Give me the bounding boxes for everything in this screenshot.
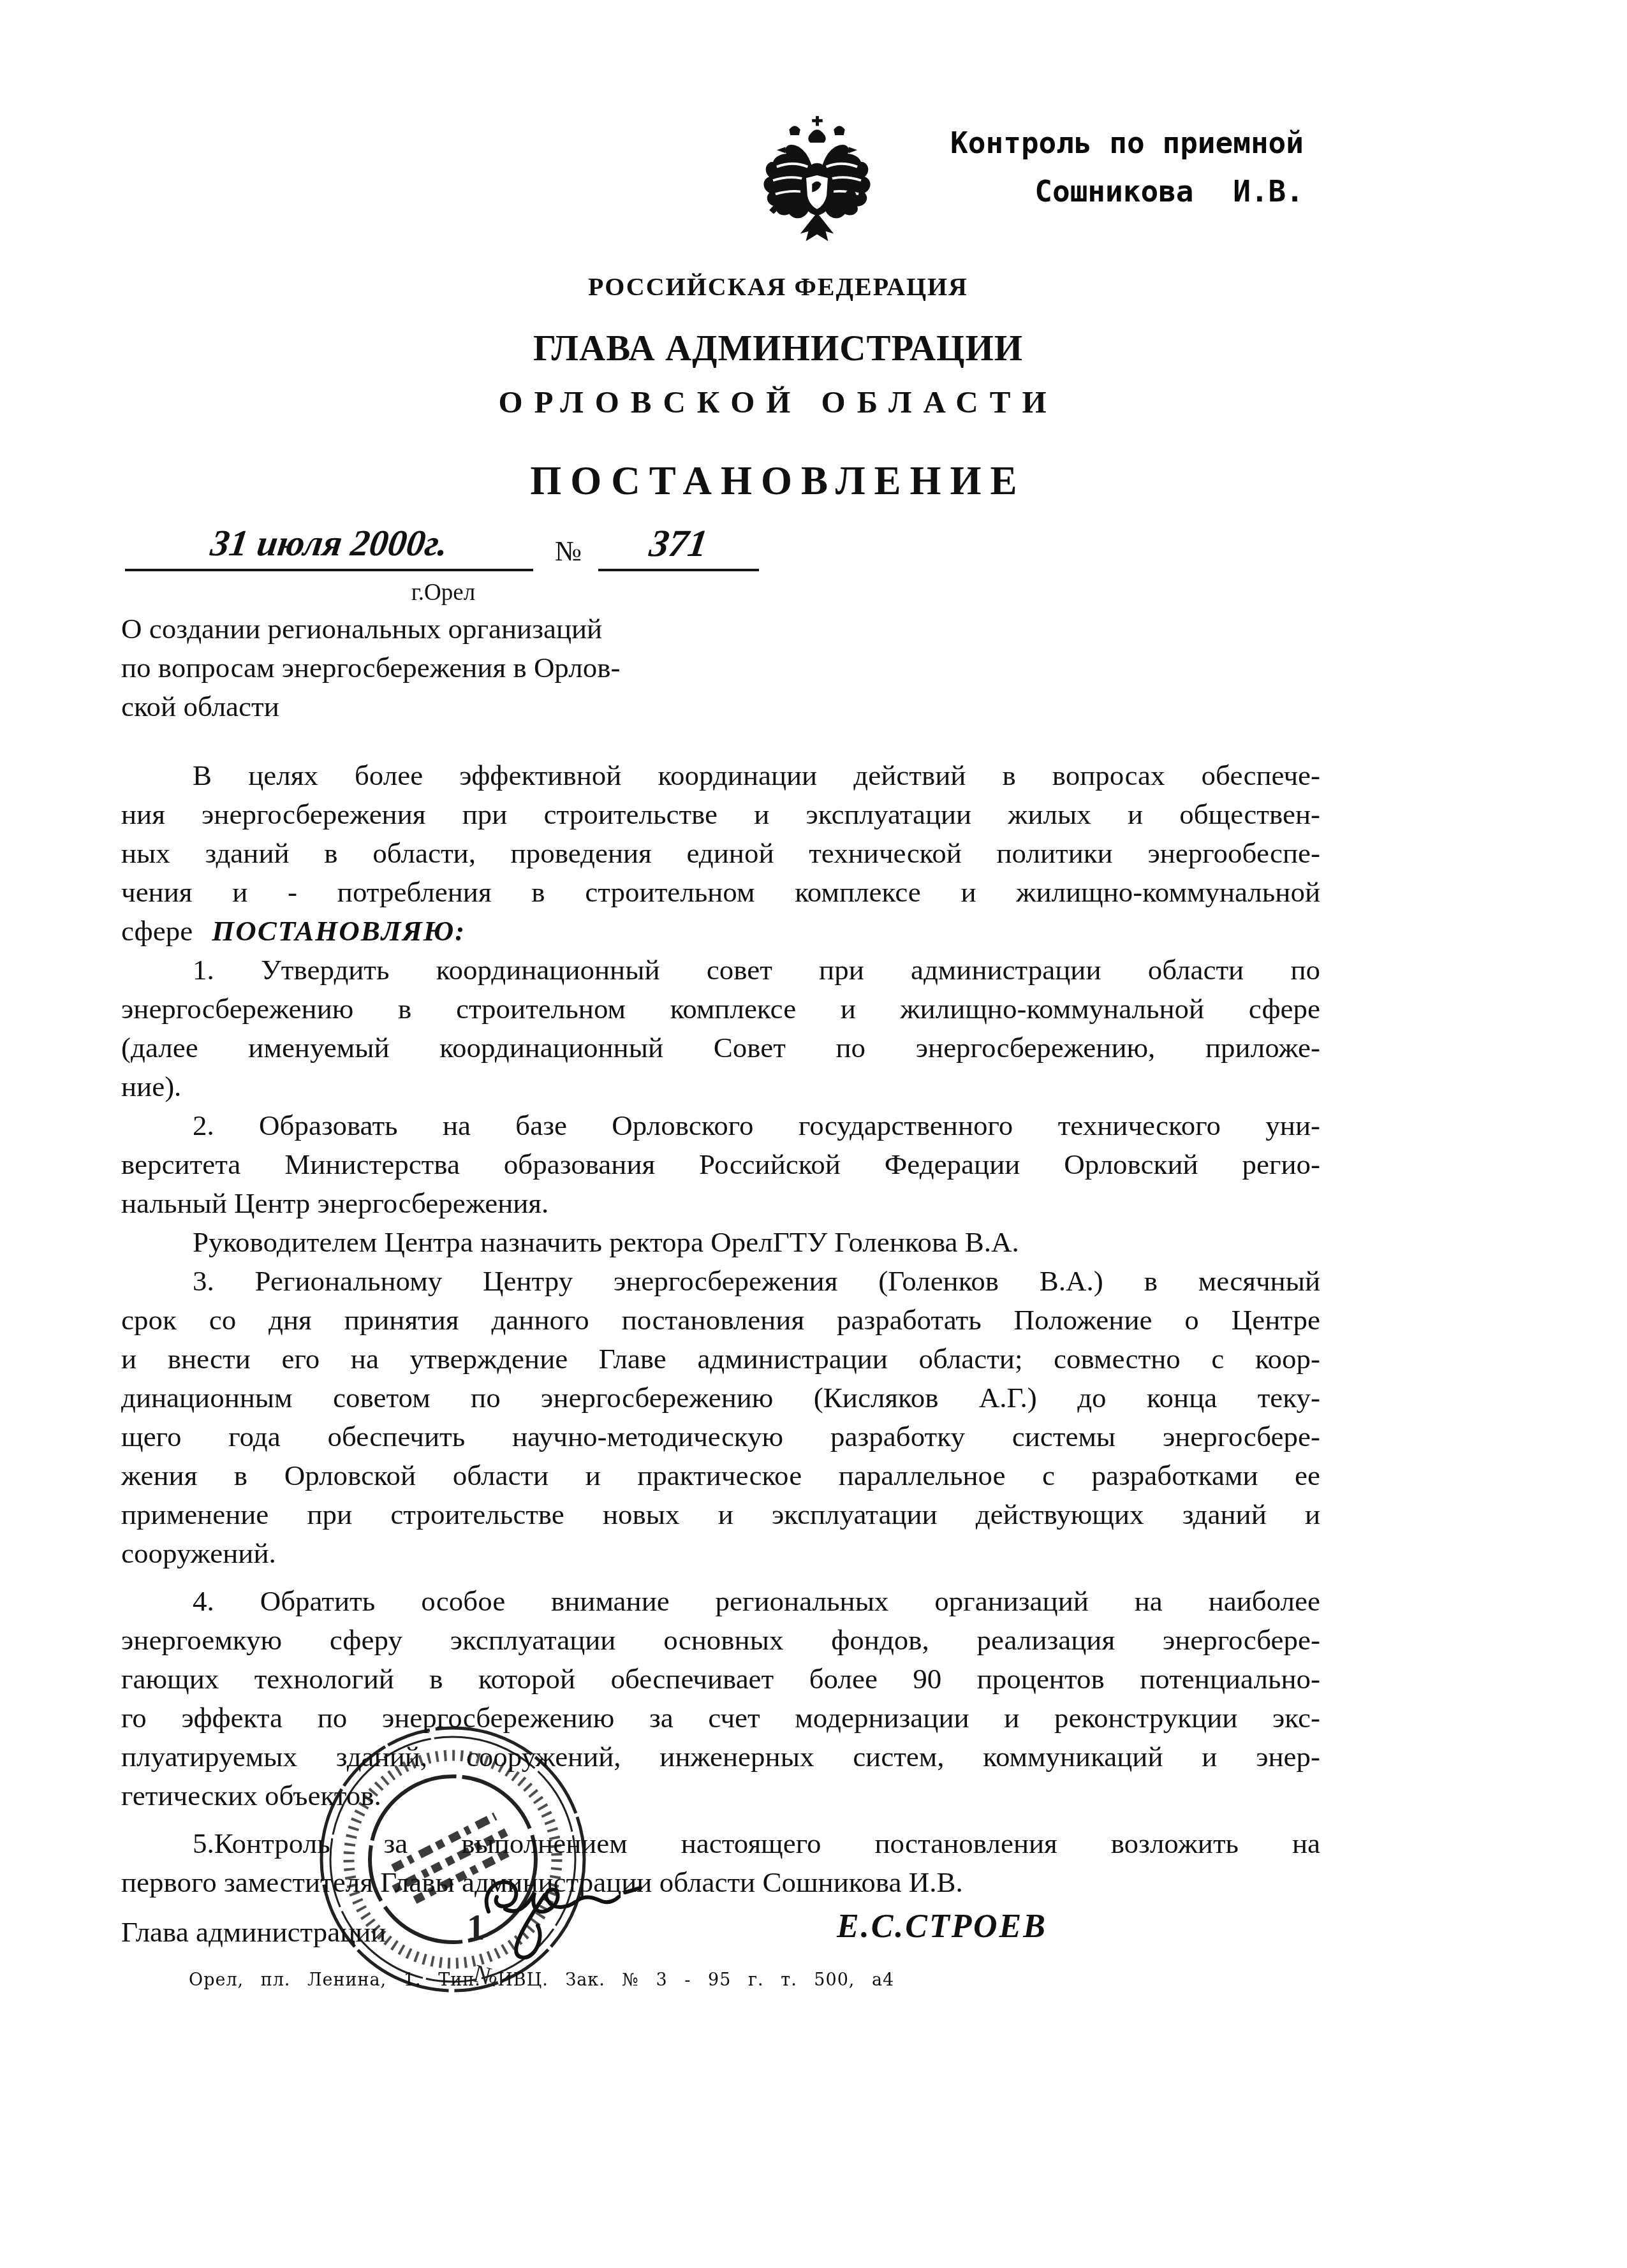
text-line: ние). bbox=[121, 1067, 1320, 1106]
scanned-decree-page: Контроль по приемной Сошникова И.В. bbox=[0, 0, 1627, 2268]
text-line: верситета Министерства образования Росси… bbox=[121, 1145, 1320, 1184]
text-line: сооружений. bbox=[121, 1534, 1320, 1573]
paragraph-item-2b: Руководителем Центра назначить ректора О… bbox=[121, 1223, 1320, 1262]
text-line: энергоемкую сферу эксплуатации основных … bbox=[121, 1621, 1320, 1660]
text-line: плуатируемых зданий, сооружений, инженер… bbox=[121, 1738, 1320, 1776]
control-note: Контроль по приемной Сошникова И.В. bbox=[857, 119, 1304, 216]
paragraph-item-3: 3. Региональному Центру энергосбережения… bbox=[121, 1262, 1320, 1573]
text-line: ния энергосбережения при строительстве и… bbox=[121, 795, 1320, 834]
text-line: чения и - потребления в строительном ком… bbox=[121, 873, 1320, 912]
text-line: щего года обеспечить научно-методическую… bbox=[121, 1417, 1320, 1456]
text-line: 1. Утвердить координационный совет при а… bbox=[121, 951, 1320, 990]
resolution-word: ПОСТАНОВЛЯЮ: bbox=[212, 915, 466, 947]
text-line: го эффекта по энергосбережению за счет м… bbox=[121, 1699, 1320, 1738]
document-type-title: ПОСТАНОВЛЕНИЕ bbox=[121, 458, 1435, 504]
subject-line: ской области bbox=[121, 687, 733, 726]
text-line: и внести его на утверждение Главе админи… bbox=[121, 1340, 1320, 1379]
text-line: ных зданий в области, проведения единой … bbox=[121, 834, 1320, 873]
paragraph-item-1: 1. Утвердить координационный совет при а… bbox=[121, 951, 1320, 1106]
control-note-line2: Сошникова И.В. bbox=[857, 167, 1304, 216]
subject-block: О создании региональных организаций по в… bbox=[121, 610, 733, 726]
handwritten-number: 371 bbox=[647, 520, 710, 566]
text-line: жения в Орловской области и практическое… bbox=[121, 1456, 1320, 1495]
handwritten-date: 31 июля 2000г. bbox=[207, 520, 450, 566]
letterhead-region: ОРЛОВСКОЙ ОБЛАСТИ bbox=[121, 384, 1435, 420]
city-line: г.Орел bbox=[121, 579, 765, 606]
subject-line: по вопросам энергосбережения в Орлов- bbox=[121, 648, 733, 687]
letterhead-authority: ГЛАВА АДМИНИСТРАЦИИ bbox=[121, 328, 1435, 369]
text-line: Руководителем Центра назначить ректора О… bbox=[121, 1223, 1320, 1262]
date-underline: 31 июля 2000г. bbox=[125, 520, 533, 571]
text-line: 2. Образовать на базе Орловского государ… bbox=[121, 1106, 1320, 1145]
signature-name: Е.С.СТРОЕВ bbox=[837, 1908, 1047, 1945]
text-line: применение при строительстве новых и экс… bbox=[121, 1495, 1320, 1534]
text-line: 4. Обратить особое внимание региональных… bbox=[121, 1582, 1320, 1621]
text-line: (далее именуемый координационный Совет п… bbox=[121, 1028, 1320, 1067]
intro-last-prefix: сфере bbox=[121, 915, 193, 947]
subject-line: О создании региональных организаций bbox=[121, 610, 733, 648]
imprint-line: Орел, пл. Ленина, 1. Тип. ИВЦ. Зак. № 3 … bbox=[189, 1970, 894, 1990]
text-line: срок со дня принятия данного постановлен… bbox=[121, 1301, 1320, 1340]
text-line: 3. Региональному Центру энергосбережения… bbox=[121, 1262, 1320, 1301]
paragraph-intro: В целях более эффективной координации де… bbox=[121, 756, 1320, 951]
document-body: В целях более эффективной координации де… bbox=[121, 756, 1320, 1902]
date-number-line: 31 июля 2000г.№371 bbox=[125, 520, 759, 571]
paragraph-item-2: 2. Образовать на базе Орловского государ… bbox=[121, 1106, 1320, 1223]
text-line: гетических объектов. bbox=[121, 1776, 1320, 1815]
numero-label: № bbox=[555, 535, 582, 567]
text-line: первого заместителя Главы администрации … bbox=[121, 1863, 1320, 1902]
text-line: нальный Центр энергосбережения. bbox=[121, 1184, 1320, 1223]
text-line: сфереПОСТАНОВЛЯЮ: bbox=[121, 912, 1320, 951]
paragraph-item-4: 4. Обратить особое внимание региональных… bbox=[121, 1582, 1320, 1815]
signature-role: Глава администрации bbox=[121, 1915, 386, 1949]
text-line: 5.Контроль за выполнением настоящего пос… bbox=[121, 1824, 1320, 1863]
text-line: В целях более эффективной координации де… bbox=[121, 756, 1320, 795]
control-note-line1: Контроль по приемной bbox=[857, 119, 1304, 167]
text-line: энергосбережению в строительном комплекс… bbox=[121, 990, 1320, 1028]
number-underline: 371 bbox=[598, 520, 759, 571]
text-line: гающих технологий в которой обеспечивает… bbox=[121, 1660, 1320, 1699]
letterhead-country: РОССИЙСКАЯ ФЕДЕРАЦИЯ bbox=[121, 272, 1435, 302]
signature-stroke-icon bbox=[466, 1848, 663, 1963]
coat-of-arms-icon bbox=[758, 115, 876, 245]
paragraph-item-5: 5.Контроль за выполнением настоящего пос… bbox=[121, 1824, 1320, 1902]
text-line: динационным советом по энергосбережению … bbox=[121, 1379, 1320, 1417]
